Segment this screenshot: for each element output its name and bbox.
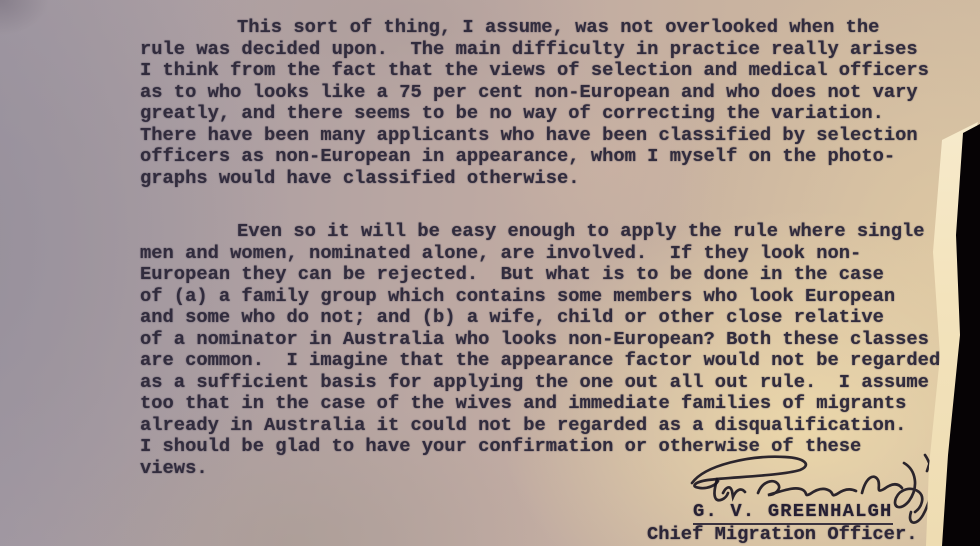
text-line: as to who looks like a 75 per cent non-E… bbox=[140, 82, 929, 104]
text-line: Even so it will be easy enough to apply … bbox=[140, 221, 940, 243]
document-photograph: This sort of thing, I assume, was not ov… bbox=[0, 0, 980, 546]
text-line: of (a) a family group which contains som… bbox=[140, 286, 940, 308]
text-line: too that in the case of the wives and im… bbox=[140, 393, 940, 415]
text-line: I think from the fact that the views of … bbox=[140, 60, 929, 82]
text-line: This sort of thing, I assume, was not ov… bbox=[140, 17, 929, 39]
text-line: greatly, and there seems to be no way of… bbox=[140, 103, 929, 125]
handwritten-signature-scrawl bbox=[620, 435, 960, 540]
text-line: and some who do not; and (b) a wife, chi… bbox=[140, 307, 940, 329]
text-line: rule was decided upon. The main difficul… bbox=[140, 39, 929, 61]
text-line: already in Australia it could not be reg… bbox=[140, 415, 940, 437]
text-line: as a sufficient basis for applying the o… bbox=[140, 372, 940, 394]
text-line: are common. I imagine that the appearanc… bbox=[140, 350, 940, 372]
text-line: There have been many applicants who have… bbox=[140, 125, 929, 147]
paragraph-1: This sort of thing, I assume, was not ov… bbox=[140, 17, 929, 189]
text-line: of a nominator in Australia who looks no… bbox=[140, 329, 940, 351]
text-line: graphs would have classified otherwise. bbox=[140, 168, 929, 190]
text-line: officers as non-European in appearance, … bbox=[140, 146, 929, 168]
text-line: European they can be rejected. But what … bbox=[140, 264, 940, 286]
text-line: men and women, nominated alone, are invo… bbox=[140, 243, 940, 265]
